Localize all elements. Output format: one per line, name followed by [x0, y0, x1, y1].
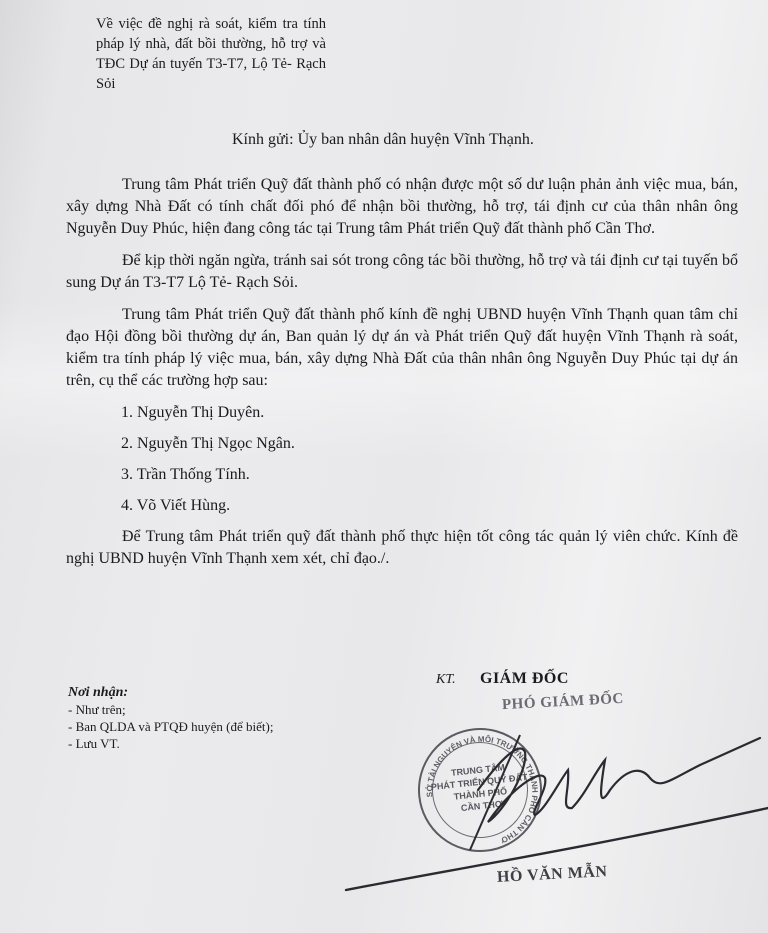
paragraph-report: Trung tâm Phát triển Quỹ đất thành phố c… [66, 174, 738, 240]
recipient-line: Kính gửi: Ủy ban nhân dân huyện Vĩnh Thạ… [232, 129, 534, 151]
paragraph-purpose: Để kịp thời ngăn ngừa, tránh sai sót tro… [66, 250, 738, 294]
document-subject: Về việc đề nghị rà soát, kiểm tra tính p… [96, 14, 326, 94]
paragraph-closing: Để Trung tâm Phát triển quỹ đất thành ph… [66, 526, 738, 570]
receivers-block: Nơi nhận: - Như trên; - Ban QLDA và PTQĐ… [68, 684, 273, 752]
receiver-item: - Như trên; [68, 701, 273, 718]
receiver-item: - Ban QLDA và PTQĐ huyện (để biết); [68, 718, 273, 735]
signer-name: HỒ VĂN MẪN [497, 863, 608, 887]
document-body: Trung tâm Phát triển Quỹ đất thành phố c… [66, 174, 738, 580]
receiver-item: - Lưu VT. [68, 735, 273, 752]
list-item: 1. Nguyễn Thị Duyên. [121, 402, 738, 424]
document-page: Về việc đề nghị rà soát, kiểm tra tính p… [0, 0, 768, 933]
list-item: 2. Nguyễn Thị Ngọc Ngân. [121, 433, 738, 455]
cases-list: 1. Nguyễn Thị Duyên. 2. Nguyễn Thị Ngọc … [66, 402, 738, 517]
signature-prefix: KT. [436, 672, 456, 688]
paragraph-request: Trung tâm Phát triển Quỹ đất thành phố k… [66, 304, 738, 392]
list-item: 4. Võ Viết Hùng. [121, 495, 738, 517]
receivers-heading: Nơi nhận: [68, 684, 273, 701]
deputy-director-stamp: PHÓ GIÁM ĐỐC [502, 691, 625, 714]
official-seal-icon: SỞ TÀI NGUYÊN VÀ MÔI TRƯỜNG THÀNH PHỐ CẦ… [412, 722, 548, 858]
signature-title: GIÁM ĐỐC [480, 670, 569, 688]
list-item: 3. Trần Thống Tính. [121, 464, 738, 486]
